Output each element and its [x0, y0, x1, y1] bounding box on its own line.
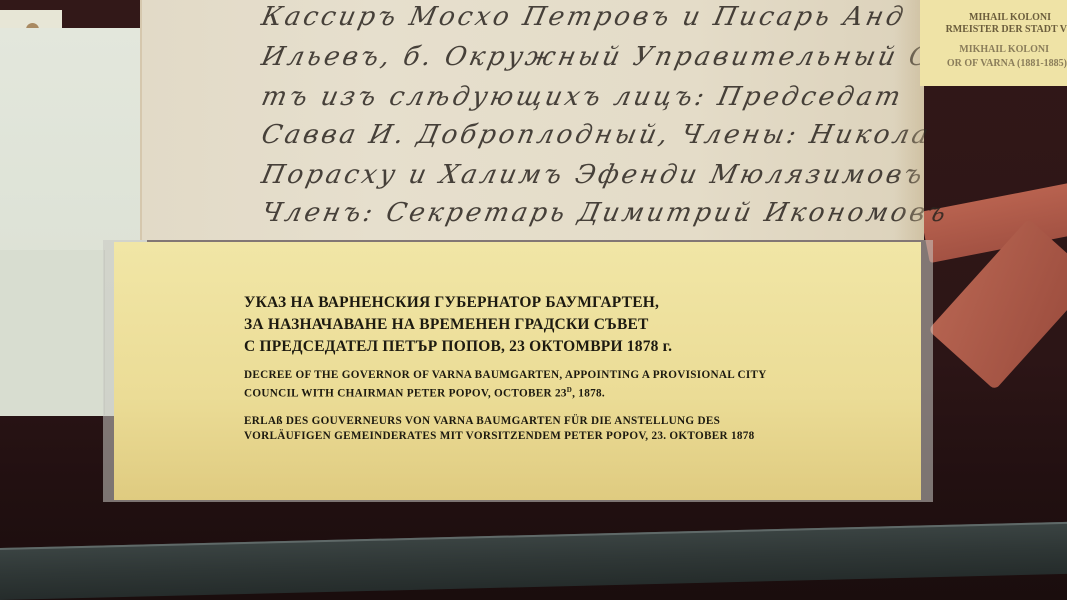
caption-title-en: OR OF VARNA (1881-1885): [947, 58, 1067, 69]
caption-title-de: RMEISTER DER STADT V: [946, 24, 1067, 35]
caption-en-text: COUNCIL WITH CHAIRMAN PETER POPOV, OCTOB…: [244, 388, 567, 400]
caption-en-line: DECREE OF THE GOVERNOR OF VARNA BAUMGART…: [244, 368, 767, 383]
manuscript-line: Ильевъ, б. Окружный Управительный Со: [259, 42, 954, 72]
caption-bg-line: УКАЗ НА ВАРНЕНСКИЯ ГУБЕРНАТОР БАУМГАРТЕН…: [244, 292, 767, 314]
left-sheet: [0, 250, 105, 415]
caption-de-line: VORLÄUFIGEN GEMEINDERATES MIT VORSITZEND…: [244, 429, 767, 444]
manuscript-line: Порасху и Халимъ Эфенди Мюлязимовъ: [259, 160, 928, 190]
caption-en-text: , 1878.: [572, 388, 605, 400]
caption-name-en: MIKHAIL KOLONI: [959, 44, 1049, 55]
caption-text: УКАЗ НА ВАРНЕНСКИЯ ГУБЕРНАТОР БАУМГАРТЕН…: [244, 292, 767, 444]
caption-bulgarian: УКАЗ НА ВАРНЕНСКИЯ ГУБЕРНАТОР БАУМГАРТЕН…: [244, 292, 767, 358]
display-case-scene: Кассиръ Мосхо Петровъ и Писарь Анд Ильев…: [0, 0, 1067, 600]
caption-en-line: COUNCIL WITH CHAIRMAN PETER POPOV, OCTOB…: [244, 383, 767, 402]
caption-de-line: ERLAß DES GOUVERNEURS VON VARNA BAUMGART…: [244, 414, 767, 429]
manuscript-line: Савва И. Доброплодный, Члены: Никола: [259, 120, 934, 150]
manuscript-line: Кассиръ Мосхо Петровъ и Писарь Анд: [259, 2, 909, 32]
caption-english: DECREE OF THE GOVERNOR OF VARNA BAUMGART…: [244, 368, 767, 402]
historical-manuscript: Кассиръ Мосхо Петровъ и Писарь Анд Ильев…: [140, 0, 924, 240]
display-case-frame: [0, 522, 1067, 600]
manuscript-line: Членъ: Секретарь Димитрий Икономовъ: [259, 198, 952, 228]
manuscript-line: тъ изъ слѣдующихъ лицъ: Председат: [259, 82, 906, 112]
caption-bg-line: ЗА НАЗНАЧАВАНЕ НА ВРЕМЕНЕН ГРАДСКИ СЪВЕТ: [244, 314, 767, 336]
caption-bg-line: С ПРЕДСЕДАТЕЛ ПЕТЪР ПОПОВ, 23 ОКТОМВРИ 1…: [244, 336, 767, 358]
caption-german: ERLAß DES GOUVERNEURS VON VARNA BAUMGART…: [244, 414, 767, 444]
adjacent-caption-label: MIHAIL KOLONI RMEISTER DER STADT V MIKHA…: [920, 0, 1067, 86]
caption-label: УКАЗ НА ВАРНЕНСКИЯ ГУБЕРНАТОР БАУМГАРТЕН…: [114, 242, 921, 500]
caption-name-de: MIHAIL KOLONI: [920, 12, 1067, 23]
